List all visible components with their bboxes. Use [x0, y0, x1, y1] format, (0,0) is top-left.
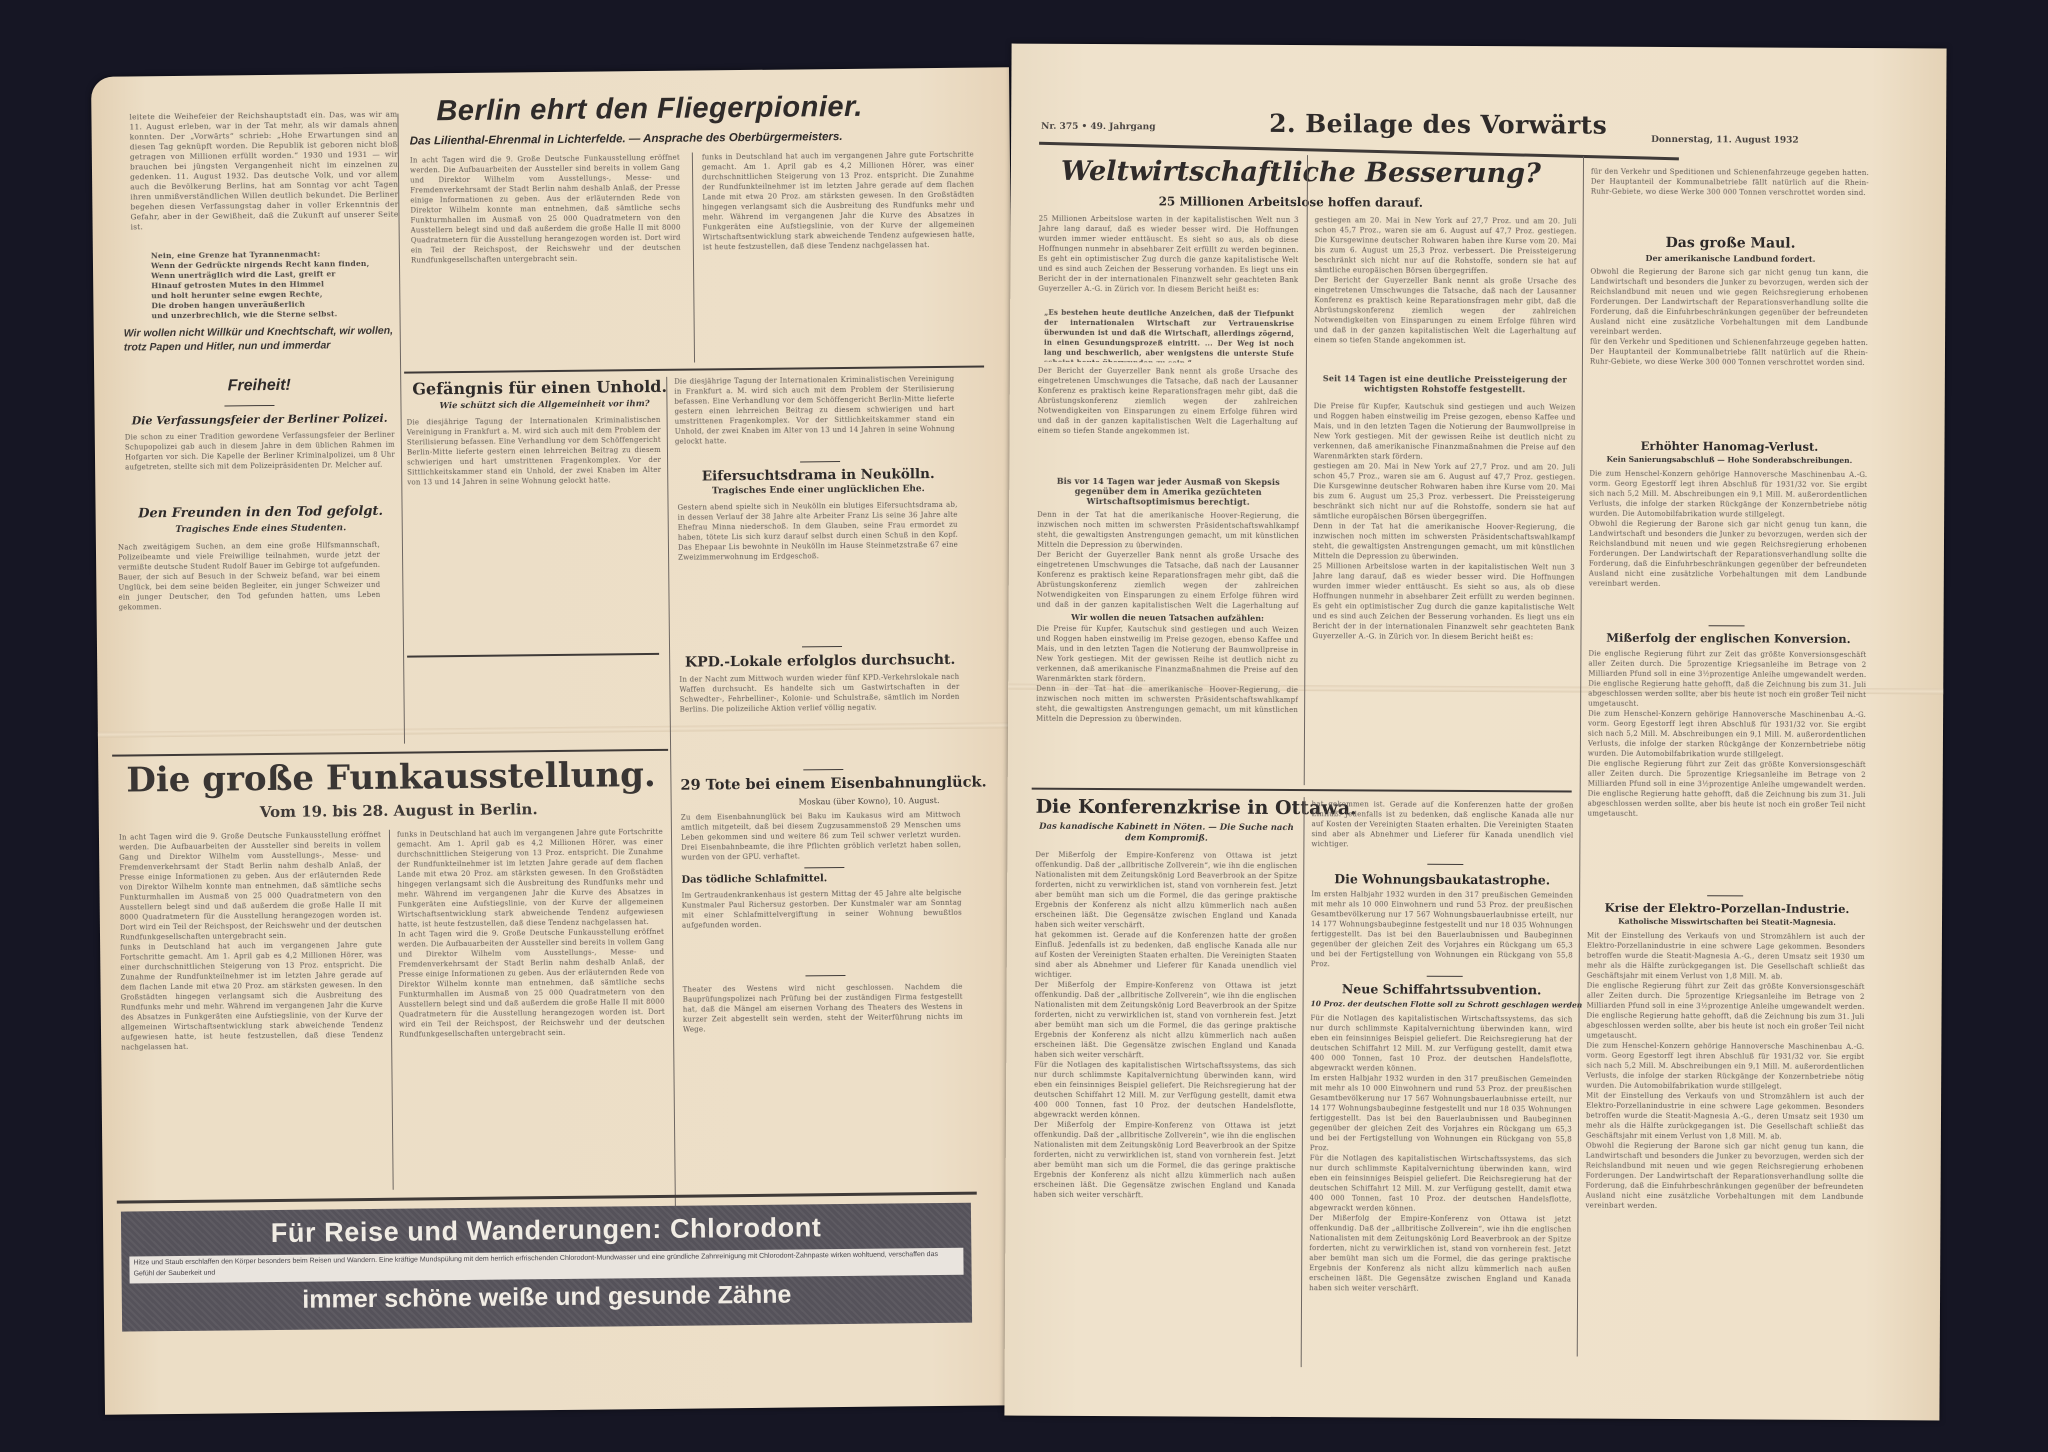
issue-number: Nr. 375 • 49. Jahrgang [1041, 122, 1155, 133]
headline-eifersucht: Eifersuchtsdrama in Neukölln. [673, 466, 963, 485]
article-wohnung-body: Im ersten Halbjahr 1932 wurden in den 31… [1311, 889, 1573, 970]
headline-schlafmittel: Das tödliche Schlafmittel. [681, 873, 827, 886]
subheadline-porzellan: Katholische Misswirtschaften bei Steatit… [1587, 917, 1867, 927]
divider [1707, 895, 1743, 896]
article-ottawa-cont: hat gekommen ist. Gerade auf die Konfere… [1311, 799, 1573, 858]
article-kpd-body: In der Nacht zum Mittwoch wurden wieder … [679, 672, 960, 765]
closing-line: Wir wollen nicht Willkür und Knechtschaf… [124, 324, 394, 355]
ad-headline: Für Reise und Wanderungen: Chlorodont [121, 1211, 971, 1251]
headline-hanomag: Erhöhter Hanomag-Verlust. [1589, 439, 1869, 454]
lead-headline: Berlin ehrt den Fliegerpionier. [436, 91, 863, 128]
lead-col1c-text: Denn in der Tat hat die amerikanische Ho… [1037, 510, 1300, 611]
lead-col1d-text: Die Preise für Kupfer, Kautschuk sind ge… [1036, 624, 1299, 775]
headline-eisenbahn: 29 Tote bei einem Eisenbahnunglück. [680, 774, 986, 794]
lead-article-col2: funks in Deutschland hat auch im vergang… [702, 150, 976, 363]
section-rule [1032, 788, 1572, 793]
chlorodont-advertisement: Für Reise und Wanderungen: Chlorodont Hi… [121, 1203, 972, 1332]
headline-maul: Das große Maul. [1591, 235, 1871, 252]
article-porzellan-body: Mit der Einstellung des Verkaufs von und… [1585, 931, 1865, 1372]
freiheit-headline: Freiheit! [124, 376, 394, 397]
subheadline-funkausstellung: Vom 19. bis 28. August in Berlin. [119, 799, 679, 823]
divider [800, 461, 840, 462]
column-intro-text: leitete die Weihefeier der Reichshauptst… [129, 110, 398, 233]
subheadline-schiff: 10 Proz. der deutschen Flotte soll zu Sc… [1311, 999, 1573, 1009]
article-schiff-body: Für die Notlagen des kapitalistischen Wi… [1309, 1013, 1573, 1370]
article-polizei-body: Die schon zu einer Tradition gewordene V… [125, 430, 396, 501]
article-ottawa-body: Der Mißerfolg der Empire-Konferenz von O… [1033, 850, 1298, 1371]
headline-kpd: KPD.-Lokale erfolglos durchsucht. [675, 652, 965, 671]
headline-porzellan: Krise der Elektro-Porzellan-Industrie. [1587, 901, 1867, 916]
section-rule [407, 653, 659, 658]
issue-date: Donnerstag, 11. August 1932 [1651, 135, 1799, 146]
column-divider [397, 114, 405, 744]
headline-freunden: Den Freunden in den Tod gefolgt. [126, 504, 396, 522]
section-rule [117, 1192, 977, 1204]
lead-col2b-text: Die Preise für Kupfer, Kautschuk sind ge… [1312, 401, 1576, 782]
subheadline-freunden: Tragisches Ende eines Studenten. [126, 523, 396, 536]
headline-wohnung: Die Wohnungsbaukatastrophe. [1311, 871, 1573, 887]
lead-col1b-text: Der Bericht der Guyerzeller Bank nennt a… [1037, 366, 1298, 475]
article-freunden-body: Nach zweitägigem Suchen, an dem eine gro… [118, 540, 381, 673]
subheadline-unhold: Wie schützt sich die Allgemeinheit vor i… [439, 399, 649, 411]
masthead-title: 2. Beilage des Vorwärts [1269, 109, 1607, 140]
ad-body: Hitze und Staub erschlaffen den Körper b… [129, 1248, 963, 1284]
left-newspaper-page: leitete die Weihefeier der Reichshauptst… [91, 67, 1023, 1415]
article-hanomag-body: Die zum Henschel-Konzern gehörige Hannov… [1589, 469, 1868, 620]
divider [224, 405, 274, 407]
article-konversion-body: Die englische Regierung führt zur Zeit d… [1587, 649, 1866, 890]
right-col-top: für den Verkehr und Speditionen und Schi… [1591, 167, 1869, 228]
divider [804, 867, 844, 868]
column-divider [1577, 157, 1584, 1357]
subheadline-maul: Der amerikanische Landbund fordert. [1590, 253, 1870, 264]
headline-schiff: Neue Schiffahrtssubvention. [1311, 981, 1573, 997]
divider [805, 975, 845, 976]
article-eisenbahn-body: Zu dem Eisenbahnunglück bei Baku im Kauk… [681, 810, 962, 863]
lead-subhead3: Seit 14 Tagen ist eine deutliche Preisst… [1316, 373, 1574, 398]
article-maul-body: Obwohl die Regierung der Barone sich gar… [1590, 267, 1869, 428]
headline-konversion: Mißerfolg der englischen Konversion. [1588, 631, 1868, 646]
right-newspaper-page: Nr. 375 • 49. Jahrgang 2. Beilage des Vo… [1004, 44, 1946, 1421]
divider [802, 646, 842, 647]
funk-col1: In acht Tagen wird die 9. Große Deutsche… [119, 830, 385, 1193]
poem: Nein, eine Grenze hat Tyrannenmacht: Wen… [151, 249, 392, 322]
section-rule [404, 366, 984, 374]
divider [1427, 864, 1463, 865]
column-divider [389, 830, 394, 1190]
subheadline-ottawa: Das kanadische Kabinett in Nöten. — Die … [1035, 822, 1297, 847]
article-continuation: Die diesjährige Tagung der International… [674, 374, 955, 457]
article-theater-body: Theater des Westens wird nicht geschloss… [683, 982, 964, 1045]
column-divider [1301, 797, 1305, 1367]
dateline-eisenbahn: Moskau (über Kowno), 10. August. [799, 796, 940, 806]
headline-funkausstellung: Die große Funkausstellung. [126, 755, 656, 801]
lead-col2-text: gestiegen am 20. Mai in New York auf 27,… [1314, 215, 1577, 366]
divider [1427, 976, 1463, 977]
lead-subhead2: Wir wollen die neuen Tatsachen aufzählen… [1037, 612, 1299, 623]
subheadline-eifersucht: Tragisches Ende einer unglücklichen Ehe. [673, 484, 963, 497]
subheadline-hanomag: Kein Sanierungsabschluß — Hohe Sonderabs… [1589, 455, 1869, 465]
article-unhold-body: Die diesjährige Tagung der International… [407, 415, 663, 650]
ad-tagline: immer schöne weiße und gesunde Zähne [122, 1279, 972, 1317]
headline-ottawa: Die Konferenzkrise in Ottawa. [1036, 796, 1357, 820]
lead-col1-text: 25 Millionen Arbeitslose warten in der k… [1038, 214, 1298, 307]
column-divider [666, 377, 676, 1207]
article-schlafmittel-body: Im Gertraudenkrankenhaus ist gestern Mit… [682, 888, 963, 971]
funk-col2: funks in Deutschland hat auch im vergang… [397, 827, 667, 1190]
lead-quote: „Es bestehen heute deutliche Anzeichen, … [1044, 308, 1294, 363]
divider [803, 769, 843, 770]
divider [1709, 625, 1745, 626]
article-eifersucht-body: Gestern abend spielte sich in Neukölln e… [678, 500, 959, 643]
lead-subheadline-right: 25 Millionen Arbeitslose hoffen darauf. [1041, 194, 1541, 211]
lead-article-col1: In acht Tagen wird die 9. Große Deutsche… [410, 153, 682, 366]
lead-headline-right: Weltwirtschaftliche Besserung? [1061, 156, 1541, 190]
column-divider [692, 153, 695, 363]
lead-subheadline: Das Lilienthal-Ehrenmal in Lichterfelde.… [410, 131, 843, 148]
lead-subhead1: Bis vor 14 Tagen war jeder Ausmaß von Sk… [1043, 476, 1293, 509]
headline-unhold: Gefängnis für einen Unhold. [412, 377, 667, 399]
headline-polizei: Die Verfassungsfeier der Berliner Polize… [125, 412, 395, 428]
